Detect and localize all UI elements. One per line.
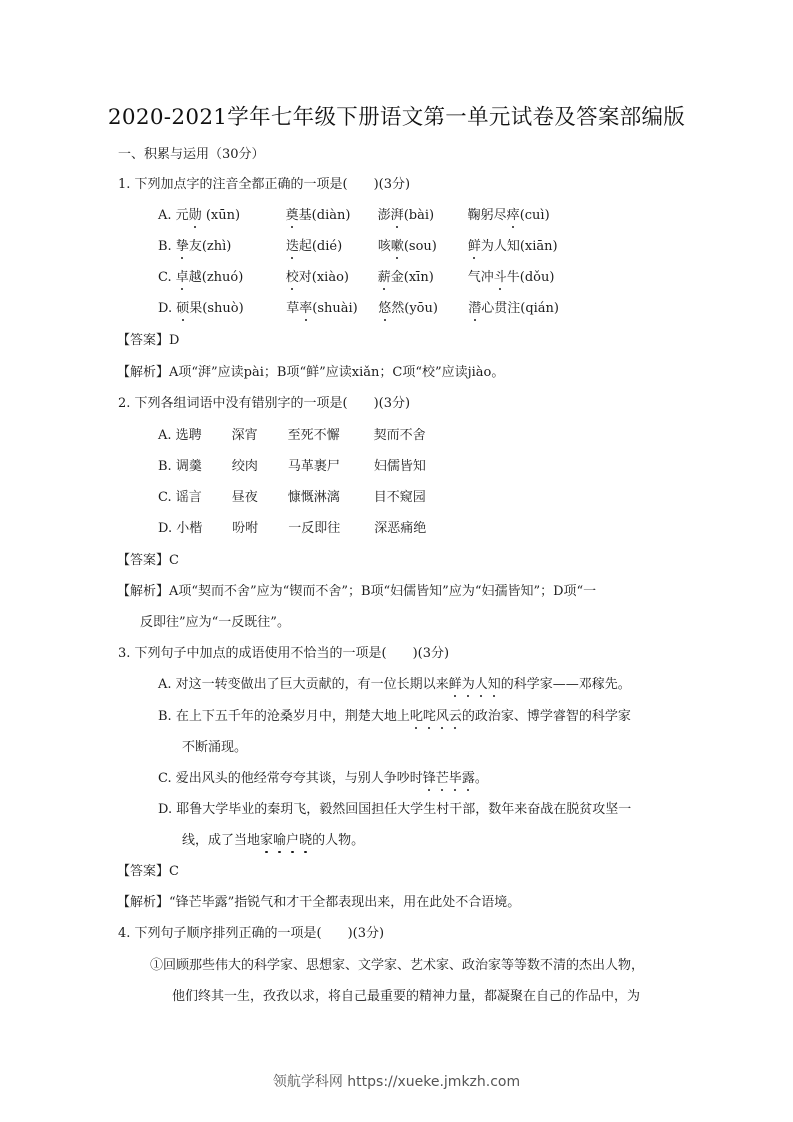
text-segment: 起(dié) [299,239,342,254]
text-segment: 元 [176,208,189,223]
text-segment: 基(diàn) [299,208,351,223]
option-row: D. 小楷吩咐一反即往深恶痛绝 [158,520,426,538]
question-2-stem: 2. 下列各组词语中没有错别字的一项是( )(3分) [118,395,410,413]
emphasized-char: 云 [449,709,462,724]
option-label: B. [158,239,176,254]
option-row: A. 元勋 (xūn)奠基(diàn)澎湃(bài)鞠躬尽瘁(cuì) [158,207,588,225]
emphasized-char: 叱 [410,709,423,724]
emphasized-char: 知 [488,677,501,692]
option-label: A. [158,677,176,692]
option-item: 硕果(shuò) [176,300,286,318]
emphasized-char: 咤 [423,709,436,724]
emphasized-char: 为 [462,677,475,692]
text-segment: 草 [286,301,299,316]
option-label: D. [158,521,176,536]
option-label: D. [158,802,176,817]
option-item: 校对(xiào) [286,269,378,287]
option-row: C. 谣言昼夜慷慨淋漓目不窥园 [158,489,426,507]
text-segment: 气冲 [468,270,494,285]
document-title: 2020-2021学年七年级下册语文第一单元试卷及答案部编版 [0,100,793,131]
text-segment: (shuài) [312,301,357,316]
text-segment: 对(xiào) [299,270,349,285]
text-segment: 在上下五千年的沧桑岁月中，荆楚大地上 [176,709,410,724]
option-item: 元勋 (xūn) [176,207,286,225]
text-segment: 牛(dǒu) [507,270,555,285]
text-segment: (xūn) [202,208,240,223]
text-segment: (bài) [404,208,434,223]
option-word: 绞肉 [232,458,288,476]
question-4-item-1-line-2: 他们终其一生，孜孜以求，将自己最重要的精神力量，都凝聚在自己的作品中，为 [172,988,640,1006]
question-1-answer: 【答案】D [117,332,179,350]
emphasized-char: 潜 [468,301,481,316]
emphasized-char: 悠 [378,301,391,316]
emphasized-char: 毕 [449,771,462,786]
option-item: 气冲斗牛(dǒu) [468,269,588,287]
text-segment: 咳 [378,239,391,254]
text-segment: 爱出风头的他经常夸夸其谈，与别人争吵时 [176,771,423,786]
option-row: B. 挚友(zhì)迭起(dié)咳嗽(sou)鲜为人知(xiān) [158,238,588,256]
option-item: 咳嗽(sou) [378,238,468,256]
option-word: 小楷 [176,520,232,538]
text-segment: 果(shuò) [189,301,243,316]
emphasized-char: 喻 [273,833,286,848]
option-word: 至死不懈 [288,427,374,445]
text-segment: 耶鲁大学毕业的秦玥飞，毅然回国担任大学生村干部，数年来奋战在脱贫攻坚一 [176,802,631,817]
text-segment: 的人物。 [312,833,364,848]
text-segment: 越(zhuó) [189,270,244,285]
emphasized-char: 锋 [423,771,436,786]
emphasized-char: 晓 [299,833,312,848]
option-word: 目不窥园 [374,490,426,505]
footer-watermark: 领航学科网 https://xueke.jmkzh.com [0,1071,793,1091]
question-2-answer: 【答案】C [117,552,179,570]
question-2-analysis-line-1: 【解析】A项“契而不舍”应为“锲而不舍”；B项“妇儒皆知”应为“妇孺皆知”；D项… [117,583,596,601]
option-row: A. 选聘深宵至死不懈契而不舍 [158,427,426,445]
option-label: D. [158,301,176,316]
option-line: D. 耶鲁大学毕业的秦玥飞，毅然回国担任大学生村干部，数年来奋战在脱贫攻坚一 [158,801,631,819]
option-label: B. [158,459,176,474]
question-1-analysis: 【解析】A项“湃”应读pài；B项“鲜”应读xiǎn；C项“校”应读jiào。 [117,364,504,382]
text-segment: 线，成了当地 [182,833,260,848]
question-3-stem: 3. 下列句子中加点的成语使用不恰当的一项是( )(3分) [118,645,449,663]
section-heading: 一、积累与运用（30分） [118,146,265,164]
option-item: 澎湃(bài) [378,207,468,225]
option-row: B. 调羹绞肉马革裹尸妇儒皆知 [158,458,426,476]
text-segment: 鞠躬尽 [468,208,507,223]
text-segment: 。 [475,771,488,786]
emphasized-char: 家 [260,833,273,848]
option-word: 一反即往 [288,520,374,538]
option-item: 挚友(zhì) [176,238,286,256]
option-item: 薪金(xīn) [378,269,468,287]
text-segment: 为人知(xiān) [481,239,558,254]
emphasized-char: 校 [286,270,299,285]
option-item: 鞠躬尽瘁(cuì) [468,207,588,225]
text-segment: (cuì) [520,208,550,223]
text-segment: 心贯注(qián) [481,301,559,316]
option-word: 谣言 [176,489,232,507]
emphasized-char: 芒 [436,771,449,786]
option-item: 悠然(yōu) [378,300,468,318]
emphasized-char: 迭 [286,239,299,254]
option-word: 马革裹尸 [288,458,374,476]
question-3-answer: 【答案】C [117,863,179,881]
text-segment: 金(xīn) [391,270,434,285]
option-line: 线，成了当地家喻户晓的人物。 [182,832,364,850]
option-word: 调羹 [176,458,232,476]
option-word: 慷慨淋漓 [288,489,374,507]
option-item: 迭起(dié) [286,238,378,256]
option-label: C. [158,270,176,285]
option-item: 草率(shuài) [286,300,378,318]
option-line: 不断涌现。 [182,739,247,757]
option-word: 契而不舍 [374,428,426,443]
emphasized-char: 勋 [189,208,202,223]
option-line: A. 对这一转变做出了巨大贡献的，有一位长期以来鲜为人知的科学家——邓稼先。 [158,676,631,694]
option-word: 昼夜 [232,489,288,507]
option-item: 潜心贯注(qián) [468,300,588,318]
emphasized-char: 卓 [176,270,189,285]
option-item: 卓越(zhuó) [176,269,286,287]
emphasized-char: 率 [299,301,312,316]
emphasized-char: 瘁 [507,208,520,223]
text-segment: (sou) [404,239,437,254]
option-item: 鲜为人知(xiān) [468,238,588,256]
emphasized-char: 斗 [494,270,507,285]
emphasized-char: 鲜 [449,677,462,692]
emphasized-char: 户 [286,833,299,848]
option-label: C. [158,490,176,505]
emphasized-char: 露 [462,771,475,786]
question-2-analysis-line-2: 反即往”应为“一反既往”。 [140,614,290,632]
option-word: 妇儒皆知 [374,459,426,474]
emphasized-char: 鲜 [468,239,481,254]
question-1-stem: 1. 下列加点字的注音全都正确的一项是( )(3分) [118,176,410,194]
option-label: A. [158,208,176,223]
option-word: 吩咐 [232,520,288,538]
text-segment: 友(zhì) [189,239,232,254]
emphasized-char: 薪 [378,270,391,285]
text-segment: 澎 [378,208,391,223]
text-segment: 然(yōu) [391,301,438,316]
text-segment: 对这一转变做出了巨大贡献的，有一位长期以来 [176,677,449,692]
exam-page: 2020-2021学年七年级下册语文第一单元试卷及答案部编版 一、积累与运用（3… [0,0,793,1122]
emphasized-char: 人 [475,677,488,692]
option-item: 奠基(diàn) [286,207,378,225]
emphasized-char: 湃 [391,208,404,223]
option-label: C. [158,771,176,786]
emphasized-char: 嗽 [391,239,404,254]
option-line: B. 在上下五千年的沧桑岁月中，荆楚大地上叱咤风云的政治家、博学睿智的科学家 [158,708,631,726]
option-row: D. 硕果(shuò)草率(shuài)悠然(yōu)潜心贯注(qián) [158,300,588,318]
option-row: C. 卓越(zhuó)校对(xiào)薪金(xīn)气冲斗牛(dǒu) [158,269,588,287]
emphasized-char: 硕 [176,301,189,316]
option-label: B. [158,709,176,724]
emphasized-char: 挚 [176,239,189,254]
text-segment: 的政治家、博学睿智的科学家 [462,709,631,724]
question-4-stem: 4. 下列句子顺序排列正确的一项是( )(3分) [118,925,384,943]
option-word: 选聘 [176,427,232,445]
option-line: C. 爱出风头的他经常夸夸其谈，与别人争吵时锋芒毕露。 [158,770,488,788]
question-4-item-1-line-1: ①回顾那些伟大的科学家、思想家、文学家、艺术家、政治家等等数不清的杰出人物， [150,957,644,975]
question-3-analysis: 【解析】“锋芒毕露”指锐气和才干全都表现出来，用在此处不合语境。 [117,894,520,912]
option-label: A. [158,428,176,443]
text-segment: 的科学家——邓稼先。 [501,677,631,692]
emphasized-char: 奠 [286,208,299,223]
option-word: 深恶痛绝 [374,521,426,536]
text-segment: 不断涌现。 [182,740,247,755]
option-word: 深宵 [232,427,288,445]
emphasized-char: 风 [436,709,449,724]
